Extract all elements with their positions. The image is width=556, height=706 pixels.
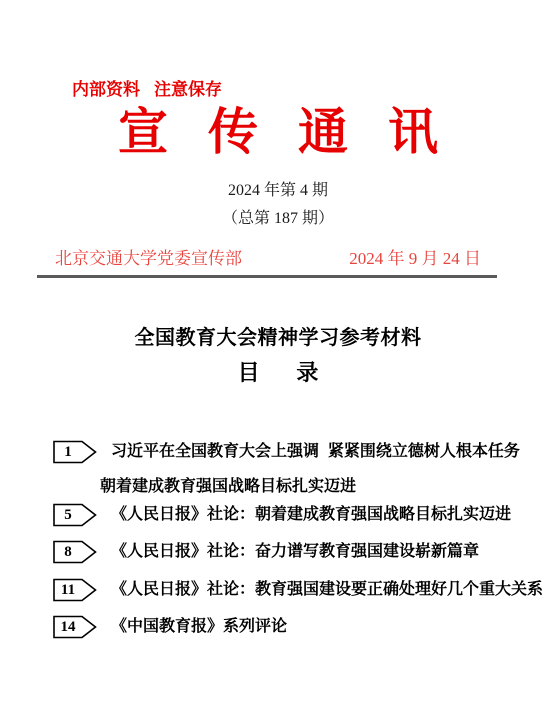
toc-row: 1 习近平在全国教育大会上强调 紧紧围绕立德树人根本任务 — [53, 440, 520, 464]
toc-heading: 目 录 — [0, 358, 556, 388]
toc-page-number: 5 — [53, 503, 83, 527]
toc-entry-title-line2[interactable]: 朝着建成教育强国战略目标扎实迈进 — [100, 475, 520, 499]
page-number-tag: 5 — [53, 503, 97, 527]
toc-row: 11 《人民日报》社论：教育强国建设要正确处理好几个重大关系 — [53, 578, 543, 602]
toc-item-1[interactable]: 1 习近平在全国教育大会上强调 紧紧围绕立德树人根本任务 朝着建成教育强国战略目… — [53, 440, 520, 499]
toc-entry-title[interactable]: 习近平在全国教育大会上强调 紧紧围绕立德树人根本任务 — [111, 440, 520, 464]
page-number-tag: 1 — [53, 440, 97, 464]
page-number-tag: 11 — [53, 578, 97, 602]
toc-item-14[interactable]: 14 《中国教育报》系列评论 — [53, 615, 287, 639]
cumulative-issue-number: （总第 187 期） — [0, 205, 556, 228]
toc-page-number: 11 — [53, 578, 83, 602]
notice-internal-material: 内部资料 — [72, 80, 140, 99]
newsletter-title: 宣传通讯 — [0, 104, 556, 160]
toc-page-number: 8 — [53, 540, 83, 564]
page-number-tag: 8 — [53, 540, 97, 564]
toc-item-8[interactable]: 8 《人民日报》社论：奋力谱写教育强国建设崭新篇章 — [53, 540, 479, 564]
toc-entry-title[interactable]: 《人民日报》社论：朝着建成教育强国战略目标扎实迈进 — [111, 503, 511, 527]
publisher-organization: 北京交通大学党委宣传部 — [37, 248, 242, 270]
toc-item-5[interactable]: 5 《人民日报》社论：朝着建成教育强国战略目标扎实迈进 — [53, 503, 511, 527]
toc-row: 14 《中国教育报》系列评论 — [53, 615, 287, 639]
toc-row: 8 《人民日报》社论：奋力谱写教育强国建设崭新篇章 — [53, 540, 479, 564]
toc-row: 5 《人民日报》社论：朝着建成教育强国战略目标扎实迈进 — [53, 503, 511, 527]
toc-page-number: 14 — [53, 615, 83, 639]
toc-entry-title[interactable]: 《人民日报》社论：奋力谱写教育强国建设崭新篇章 — [111, 540, 479, 564]
document-title: 全国教育大会精神学习参考材料 — [0, 324, 556, 352]
page-number-tag: 14 — [53, 615, 97, 639]
issue-number: 2024 年第 4 期 — [0, 177, 556, 200]
publication-date: 2024 年 9 月 24 日 — [349, 248, 497, 270]
toc-page-number: 1 — [53, 440, 83, 464]
toc-item-11[interactable]: 11 《人民日报》社论：教育强国建设要正确处理好几个重大关系 — [53, 578, 543, 602]
toc-entry-title[interactable]: 《中国教育报》系列评论 — [111, 615, 287, 639]
masthead-bar: 北京交通大学党委宣传部 2024 年 9 月 24 日 — [37, 248, 497, 278]
notice-keep-safe: 注意保存 — [154, 80, 222, 99]
newsletter-cover-page: 内部资料注意保存 宣传通讯 2024 年第 4 期 （总第 187 期） 北京交… — [0, 0, 556, 706]
toc-entry-title[interactable]: 《人民日报》社论：教育强国建设要正确处理好几个重大关系 — [111, 578, 543, 602]
